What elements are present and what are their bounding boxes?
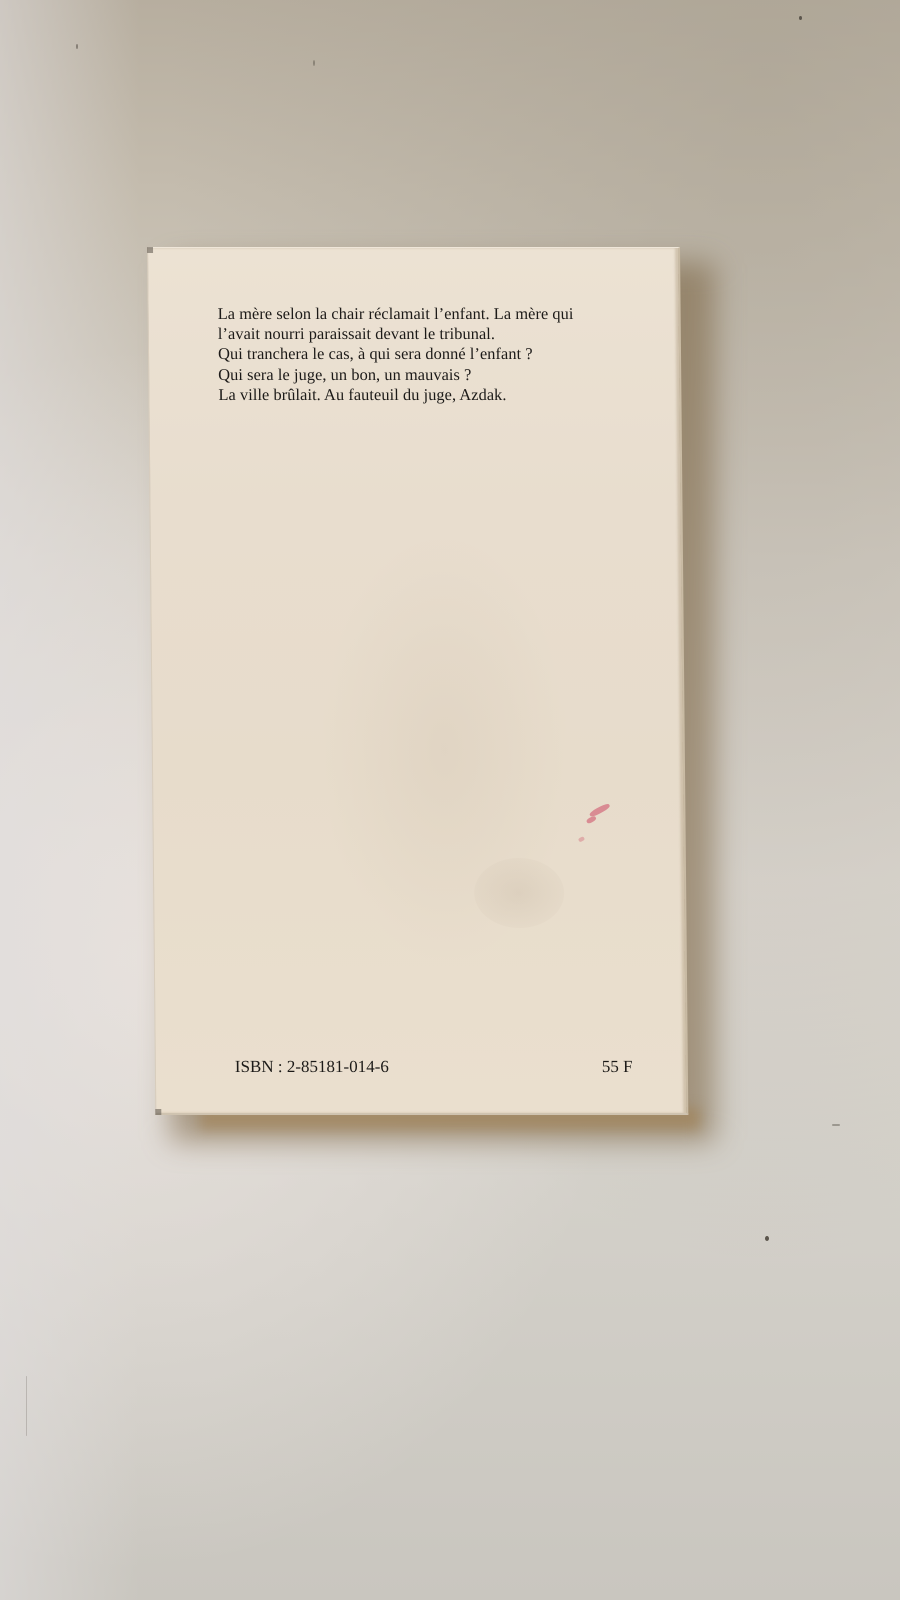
blurb-line: Qui sera le juge, un bon, un mauvais ? <box>218 365 574 385</box>
cover-stain <box>474 858 565 928</box>
blurb-line: La mère selon la chair réclamait l’enfan… <box>218 304 574 324</box>
book-back-cover: La mère selon la chair réclamait l’enfan… <box>147 247 688 1115</box>
blurb-text: La mère selon la chair réclamait l’enfan… <box>218 304 575 405</box>
worn-corner-bottom-left <box>155 1109 161 1115</box>
background-vignette <box>0 0 140 1600</box>
surface-speck <box>313 60 315 66</box>
surface-speck <box>26 1376 27 1436</box>
surface-speck <box>799 16 802 20</box>
blurb-line: Qui tranchera le cas, à qui sera donné l… <box>218 344 574 364</box>
surface-speck <box>765 1236 769 1241</box>
blurb-line: l’avait nourri paraissait devant le trib… <box>218 324 574 344</box>
surface-speck <box>76 44 78 49</box>
surface-speck <box>832 1124 840 1126</box>
blurb-line: La ville brûlait. Au fauteuil du juge, A… <box>218 385 574 405</box>
price-label: 55 F <box>602 1057 633 1077</box>
isbn-number: ISBN : 2-85181-014-6 <box>235 1057 389 1077</box>
red-ink-mark <box>580 797 618 827</box>
worn-corner-top-left <box>147 247 153 253</box>
